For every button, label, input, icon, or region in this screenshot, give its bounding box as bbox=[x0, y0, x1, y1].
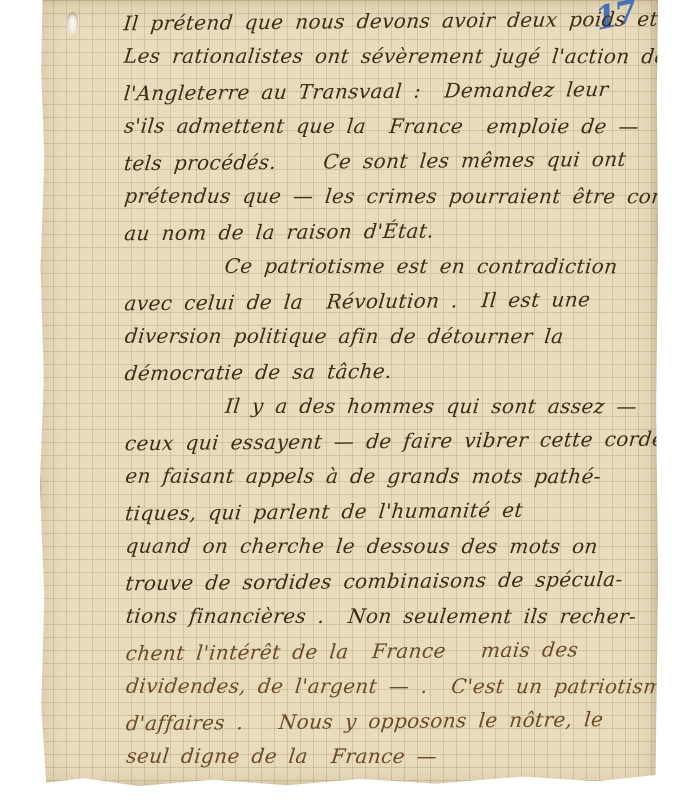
handwritten-line: dividendes, de l'argent — . C'est un pat… bbox=[124, 669, 653, 704]
handwritten-text-block: Il prétend que nous devons avoir deux po… bbox=[124, 3, 653, 775]
handwritten-line: ceux qui essayent — de faire vibrer cett… bbox=[123, 422, 653, 462]
manuscript-paper: 17 Il prétend que nous devons avoir deux… bbox=[40, 0, 658, 786]
handwritten-line: prétendus que — les crimes pourraient êt… bbox=[123, 179, 652, 214]
handwritten-line: au nom de la raison d'État. bbox=[123, 212, 653, 252]
handwritten-line: en faisant appels à de grands mots pathé… bbox=[124, 459, 653, 494]
handwritten-line: tels procédés. Ce sont les mêmes qui ont bbox=[122, 142, 652, 182]
handwritten-line: diversion politique afin de détourner la bbox=[123, 319, 652, 354]
handwritten-line: l'Angleterre au Transvaal : Demandez leu… bbox=[122, 72, 652, 112]
handwritten-line: trouve de sordides combinaisons de spécu… bbox=[124, 562, 654, 602]
handwritten-line: chent l'intérêt de la France mais des bbox=[124, 632, 654, 672]
pin-hole bbox=[67, 12, 78, 32]
handwritten-line: Il y a des hommes qui sont assez — . Ce … bbox=[123, 389, 652, 424]
handwritten-line: avec celui de la Révolution . Il est une bbox=[123, 282, 653, 322]
handwritten-line: tiques, qui parlent de l'humanité et bbox=[124, 492, 654, 532]
handwritten-line: Ce patriotisme est en contradiction bbox=[123, 249, 652, 284]
handwritten-line: Les rationalistes ont sévèrement jugé l'… bbox=[122, 39, 651, 74]
document-scan: 17 Il prétend que nous devons avoir deux… bbox=[0, 0, 700, 800]
handwritten-line: seul digne de la France — bbox=[125, 739, 654, 774]
handwritten-line: démocratie de sa tâche. bbox=[123, 352, 653, 392]
handwritten-line: quand on cherche le dessous des mots on bbox=[124, 529, 653, 564]
handwritten-line: s'ils admettent que la France emploie de… bbox=[122, 109, 651, 144]
handwritten-line: Il prétend que nous devons avoir deux po… bbox=[122, 2, 652, 42]
handwritten-line: tions financières . Non seulement ils re… bbox=[124, 599, 653, 634]
handwritten-line: d'affaires . Nous y opposons le nôtre, l… bbox=[124, 702, 654, 742]
